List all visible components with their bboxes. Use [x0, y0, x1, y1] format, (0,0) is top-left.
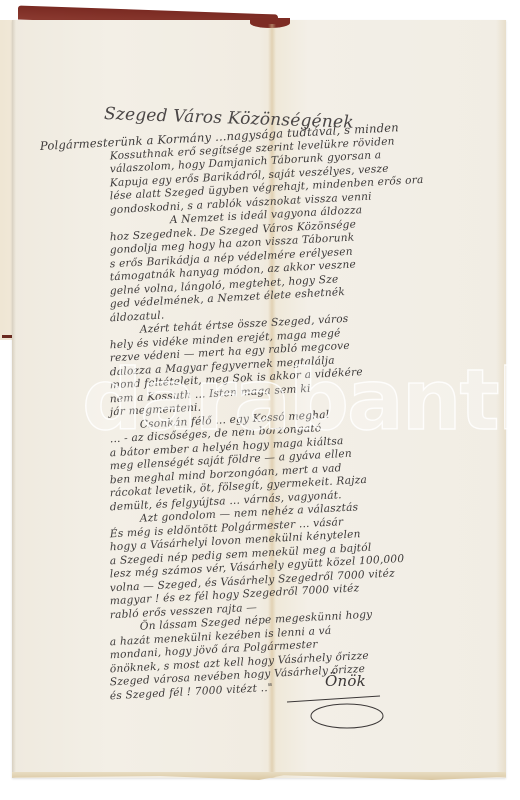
- sheet-right-edge: [496, 20, 506, 778]
- sheet-shadow: [12, 20, 16, 778]
- document-photo: Szeged Város Közönségének Polgármesterün…: [0, 0, 520, 800]
- signature-flourish-icon: [285, 688, 415, 738]
- sheet-bottom-torn-edge: [12, 772, 506, 780]
- letter-body: Polgármesterünk a Kormány ...nagysága tu…: [40, 140, 440, 707]
